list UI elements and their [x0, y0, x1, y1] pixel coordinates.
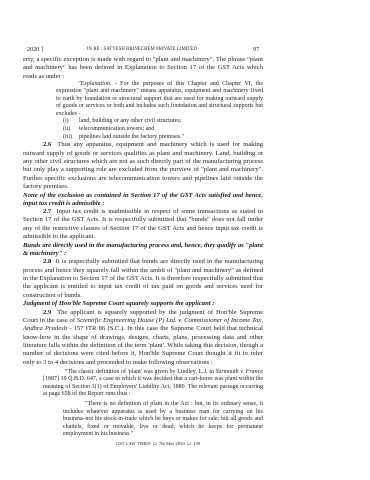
section-heading: None of the exclusion as contained in Se…	[23, 192, 263, 209]
section-heading: Judgment of Hon'ble Supreme Court square…	[23, 300, 263, 308]
paragraph-2-6: 2.6 Thus any apparatus, equipment and ma…	[23, 141, 263, 191]
nested-quote: "There is no definition of plant in the …	[63, 401, 263, 438]
header-year: 2020 ]	[27, 46, 43, 54]
section-heading: Bunds are directly used in the manufactu…	[23, 242, 263, 259]
list-item: (i)land, building or any other civil str…	[63, 118, 263, 126]
footer-date: 7th May 2020	[159, 441, 185, 446]
footer-separator-icon: ⊔	[187, 441, 191, 446]
page-footer: GST LAW TIMES ⊔ 7th May 2020 ⊔ 139	[53, 440, 263, 448]
running-header: 2020 ] IN RE : SATYESH BRINECHEM PRIVATE…	[23, 46, 263, 56]
paragraph-2-8: 2.8 It is respectfully submitted that bu…	[23, 258, 263, 299]
list-item: (ii)telecommunication towers; and	[63, 126, 263, 134]
page-number: 97	[253, 46, 259, 54]
footer-volume: 139	[193, 441, 200, 446]
explanation-label: "Explanation.	[78, 81, 111, 87]
list-item: (iii)pipelines laid outside the factory …	[63, 134, 263, 142]
paragraph-2-7: 2.7 Input tax credit is inadmissible in …	[23, 208, 263, 241]
explanation-text: "Explanation. - For the purposes of this…	[56, 81, 263, 118]
nested-quote-text: "There is no definition of plant in the …	[63, 401, 263, 438]
opening-paragraph: erty, a specific exception is made with …	[23, 56, 263, 81]
paragraph-2-9: 2.9 The applicant is squarely supported …	[23, 309, 263, 367]
footer-publication: GST LAW TIMES	[116, 441, 151, 446]
exclusion-list: (i)land, building or any other civil str…	[63, 118, 263, 141]
block-quote: "The classic definition of 'plant' was g…	[43, 369, 263, 439]
header-title: IN RE : SATYESH BRINECHEM PRIVATE LIMITE…	[87, 46, 197, 54]
case-citation: Yarmouth v. France	[216, 369, 263, 375]
footer-separator-icon: ⊔	[153, 441, 157, 446]
explanation-quote: "Explanation. - For the purposes of this…	[56, 81, 263, 118]
quote-text: "The classic definition of 'plant' was g…	[43, 369, 263, 399]
document-page: 2020 ] IN RE : SATYESH BRINECHEM PRIVATE…	[23, 46, 263, 449]
